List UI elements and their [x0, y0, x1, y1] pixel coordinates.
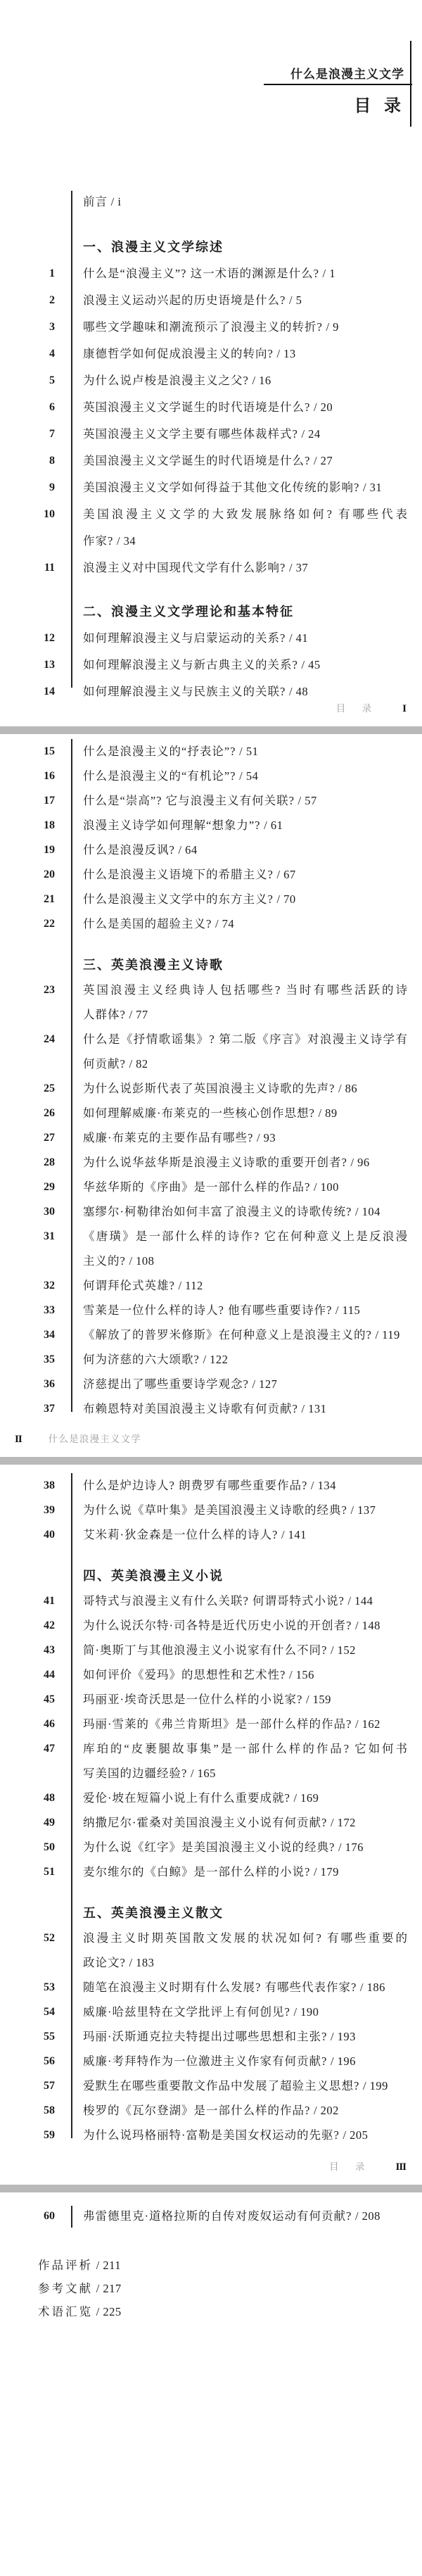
entry-number: 57: [0, 2073, 55, 2098]
entry-line: 哪些文学趣味和潮流预示了浪漫主义的转折? / 9: [83, 314, 408, 341]
entry-line: 济慈提出了哪些重要诗学观念? / 127: [83, 1372, 408, 1396]
toc-entry: 6英国浪漫主义文学诞生的时代语境是什么? / 20: [0, 394, 422, 421]
entry-number: 19: [0, 838, 55, 862]
entry-page-number: / 93: [253, 1131, 276, 1144]
entry-title-text: 哪些文学趣味和潮流预示了浪漫主义的转折?: [83, 320, 323, 334]
toc-page-4: 60弗雷德里克·道格拉斯的自传对废奴运动有何贡献? / 208作品评析 / 21…: [0, 2192, 422, 2576]
toc-entry: 23英国浪漫主义经典诗人包括哪些? 当时有哪些活跃的诗人群体? / 77: [0, 978, 422, 1027]
footer-folio: III: [395, 2161, 406, 2173]
entry-title-text: 什么是《抒情歌谣集》? 第二版《序言》对浪漫主义诗学有: [83, 1033, 408, 1046]
toc-entry: 36济慈提出了哪些重要诗学观念? / 127: [0, 1372, 422, 1396]
entry-number: 23: [0, 978, 55, 1002]
footer-label: 目 录: [329, 2159, 364, 2173]
entry-title-text: 浪漫主义对中国现代文学有什么影响?: [83, 561, 286, 574]
entry-text: 艾米莉·狄金森是一位什么样的诗人? / 141: [83, 1522, 408, 1547]
toc-entry: 21什么是浪漫主义文学中的东方主义? / 70: [0, 887, 422, 911]
entry-page-number: / 108: [126, 1254, 155, 1268]
entry-page-number: / 24: [298, 427, 321, 441]
entry-title-text: 何贡献?: [83, 1057, 126, 1071]
page-separator: [0, 2185, 422, 2192]
entry-number: 60: [0, 2204, 55, 2228]
entry-line: 如何理解威廉·布莱克的一些核心创作思想? / 89: [83, 1101, 408, 1125]
entry-line: 艾米莉·狄金森是一位什么样的诗人? / 141: [83, 1522, 408, 1547]
entry-text: 如何理解威廉·布莱克的一些核心创作思想? / 89: [83, 1101, 408, 1125]
toc-entry: 49纳撒尼尔·霍桑对美国浪漫主义小说有何贡献? / 172: [0, 1810, 422, 1835]
entry-page-number: / 127: [249, 1377, 278, 1391]
entry-page-number: / 199: [359, 2079, 388, 2092]
entry-text: 济慈提出了哪些重要诗学观念? / 127: [83, 1372, 408, 1396]
entry-line: 英国浪漫主义文学诞生的时代语境是什么? / 20: [83, 394, 408, 421]
entry-number: 2: [0, 287, 55, 314]
toc-entry-list: 15什么是浪漫主义的“抒表论”? / 5116什么是浪漫主义的“有机论”? / …: [0, 734, 422, 1421]
entry-number: 18: [0, 813, 55, 838]
toc-entry: 1什么是“浪漫主义”? 这一术语的渊源是什么? / 1: [0, 260, 422, 287]
entry-text: 为什么说卢梭是浪漫主义之父? / 16: [83, 367, 408, 394]
entry-text: 梭罗的《瓦尔登湖》是一部什么样的作品? / 202: [83, 2098, 408, 2123]
entry-number: 4: [0, 341, 55, 367]
toc-entry: 42为什么说沃尔特·司各特是近代历史小说的开创者? / 148: [0, 1613, 422, 1638]
entry-number: 34: [0, 1322, 55, 1347]
toc-entry: 24什么是《抒情歌谣集》? 第二版《序言》对浪漫主义诗学有何贡献? / 82: [0, 1027, 422, 1076]
toc-entry: 48爱伦·坡在短篇小说上有什么重要成就? / 169: [0, 1786, 422, 1810]
entry-page-number: / 112: [175, 1279, 203, 1292]
entry-line: 雪莱是一位什么样的诗人? 他有哪些重要诗作? / 115: [83, 1298, 408, 1322]
entry-line: 什么是浪漫主义语境下的希腊主义? / 67: [83, 862, 408, 887]
entry-number: 14: [0, 678, 55, 705]
entry-number: 49: [0, 1810, 55, 1835]
entry-text: 爱默生在哪些重要散文作品中发展了超验主义思想? / 199: [83, 2073, 408, 2098]
entry-title-text: 术语汇览: [38, 2305, 93, 2318]
toc-entry: 7英国浪漫主义文学主要有哪些体裁样式? / 24: [0, 421, 422, 448]
toc-entry: 19什么是浪漫反讽? / 64: [0, 838, 422, 862]
entry-number: 39: [0, 1498, 55, 1522]
entry-text: 何为济慈的六大颂歌? / 122: [83, 1347, 408, 1372]
entry-title-text: 美国浪漫主义文学如何得益于其他文化传统的影响?: [83, 481, 359, 494]
toc-entry: 33雪莱是一位什么样的诗人? 他有哪些重要诗作? / 115: [0, 1298, 422, 1322]
entry-text: 浪漫主义对中国现代文学有什么影响? / 37: [83, 555, 408, 581]
toc-entry: 46玛丽·雪莱的《弗兰肯斯坦》是一部什么样的作品? / 162: [0, 1712, 422, 1736]
entry-line: 什么是“浪漫主义”? 这一术语的渊源是什么? / 1: [83, 260, 408, 287]
entry-page-number: / 131: [298, 1402, 327, 1415]
entry-number: 9: [0, 474, 55, 501]
entry-title-text: 什么是浪漫主义语境下的希腊主义?: [83, 868, 274, 881]
entry-text: 为什么说华兹华斯是浪漫主义诗歌的重要开创者? / 96: [83, 1150, 408, 1175]
entry-text: 库珀的“皮裹腿故事集”是一部什么样的作品? 它如何书写美国的边疆经验? / 16…: [83, 1736, 408, 1786]
toc-entry: 5为什么说卢梭是浪漫主义之父? / 16: [0, 367, 422, 394]
entry-line: 什么是炉边诗人? 朗费罗有哪些重要作品? / 134: [83, 1473, 408, 1498]
entry-title-text: 纳撒尼尔·霍桑对美国浪漫主义小说有何贡献?: [83, 1816, 327, 1829]
entry-text: 什么是《抒情歌谣集》? 第二版《序言》对浪漫主义诗学有何贡献? / 82: [83, 1027, 408, 1076]
entry-text: 前言 / i: [83, 189, 408, 215]
entry-text: 麦尔维尔的《白鲸》是一部什么样的小说? / 179: [83, 1860, 408, 1884]
entry-title-text: 何谓拜伦式英雄?: [83, 1279, 175, 1292]
entry-title-text: 浪漫主义运动兴起的历史语境是什么?: [83, 293, 286, 307]
entry-title-text: 为什么说华兹华斯是浪漫主义诗歌的重要开创者?: [83, 1156, 347, 1169]
entry-page-number: / 156: [286, 1668, 314, 1681]
entry-page-number: / 16: [249, 374, 271, 387]
entry-line: 玛丽·雪莱的《弗兰肯斯坦》是一部什么样的作品? / 162: [83, 1712, 408, 1736]
entry-line: 美国浪漫主义文学如何得益于其他文化传统的影响? / 31: [83, 474, 408, 501]
toc-entry: 40艾米莉·狄金森是一位什么样的诗人? / 141: [0, 1522, 422, 1547]
entry-title-text: 浪漫主义诗学如何理解“想象力”?: [83, 819, 260, 832]
entry-line: 作品评析 / 211: [38, 2253, 422, 2278]
toc-entry: 37布赖恩特对美国浪漫主义诗歌有何贡献? / 131: [0, 1396, 422, 1421]
toc-entry: 59为什么说玛格丽特·富勒是美国女权运动的先驱? / 205: [0, 2123, 422, 2147]
toc-entry: 35何为济慈的六大颂歌? / 122: [0, 1347, 422, 1372]
toc-entry: 45玛丽亚·埃奇沃思是一位什么样的小说家? / 159: [0, 1687, 422, 1712]
entry-text: 康德哲学如何促成浪漫主义的转向? / 13: [83, 341, 408, 367]
entry-page-number: / 89: [315, 1106, 338, 1120]
toc-entry: 34《解放了的普罗米修斯》在何种意义上是浪漫主义的? / 119: [0, 1322, 422, 1347]
entry-text: 玛丽·沃斯通克拉夫特提出过哪些思想和主张? / 193: [83, 2024, 408, 2049]
entry-line: 什么是浪漫主义文学中的东方主义? / 70: [83, 887, 408, 911]
entry-title-text: 什么是炉边诗人? 朗费罗有哪些重要作品?: [83, 1479, 307, 1492]
entry-number: 24: [0, 1027, 55, 1052]
footer-folio: II: [15, 1434, 22, 1446]
entry-number: 28: [0, 1150, 55, 1175]
entry-number: 17: [0, 788, 55, 813]
entry-page-number: / 82: [126, 1057, 148, 1071]
entry-line: 何谓拜伦式英雄? / 112: [83, 1273, 408, 1298]
entry-number: 35: [0, 1347, 55, 1372]
entry-page-number: / 208: [352, 2209, 381, 2223]
section-heading: 三、英美浪漫主义诗歌: [0, 953, 422, 978]
entry-number: 5: [0, 367, 55, 394]
page-footer: II 什么是浪漫主义文学: [15, 1431, 141, 1446]
toc-entry: 16什么是浪漫主义的“有机论”? / 54: [0, 764, 422, 788]
entry-title-text: 玛丽·沃斯通克拉夫特提出过哪些思想和主张?: [83, 2030, 327, 2043]
entry-title-text: 英国浪漫主义文学主要有哪些体裁样式?: [83, 427, 298, 441]
entry-page-number: / 48: [286, 685, 308, 698]
toc-entry: 2浪漫主义运动兴起的历史语境是什么? / 5: [0, 287, 422, 314]
entry-page-number: / 190: [290, 2005, 319, 2019]
entry-number: 32: [0, 1273, 55, 1298]
entry-page-number: / 37: [286, 561, 308, 574]
entry-line: 政论文? / 183: [83, 1950, 408, 1975]
toc-entry: 9美国浪漫主义文学如何得益于其他文化传统的影响? / 31: [0, 474, 422, 501]
entry-title-text: 爱伦·坡在短篇小说上有什么重要成就?: [83, 1791, 290, 1805]
entry-page-number: / 225: [93, 2305, 122, 2318]
entry-page-number: / 31: [359, 481, 382, 494]
entry-text: 什么是炉边诗人? 朗费罗有哪些重要作品? / 134: [83, 1473, 408, 1498]
entry-line: 美国浪漫主义文学的大致发展脉络如何? 有哪些代表: [83, 501, 408, 528]
entry-title-text: 作品评析: [38, 2259, 93, 2272]
entry-page-number: / 169: [290, 1791, 319, 1805]
entry-line: 为什么说卢梭是浪漫主义之父? / 16: [83, 367, 408, 394]
entry-line: 为什么说彭斯代表了英国浪漫主义诗歌的先声? / 86: [83, 1076, 408, 1101]
entry-line: 主义的? / 108: [83, 1249, 408, 1273]
entry-line: 哥特式与浪漫主义有什么关联? 何谓哥特式小说? / 144: [83, 1589, 408, 1613]
entry-page-number: / 77: [126, 1008, 148, 1021]
entry-text: 威廉·考拜特作为一位激进主义作家有何贡献? / 196: [83, 2049, 408, 2073]
entry-page-number: / 5: [286, 293, 302, 307]
entry-text: 如何评价《爱玛》的思想性和艺术性? / 156: [83, 1662, 408, 1687]
section-heading: 二、浪漫主义文学理论和基本特征: [0, 598, 422, 625]
toc-entry: 47库珀的“皮裹腿故事集”是一部什么样的作品? 它如何书写美国的边疆经验? / …: [0, 1736, 422, 1786]
entry-title-text: 什么是浪漫反讽?: [83, 843, 175, 857]
entry-page-number: / 41: [286, 631, 308, 645]
entry-text: 参考文献 / 217: [38, 2276, 422, 2301]
page-footer: 目 录 I: [336, 700, 406, 715]
entry-title-text: 随笔在浪漫主义时期有什么发展? 有哪些代表作家?: [83, 1981, 357, 1994]
footer-label: 什么是浪漫主义文学: [49, 1431, 141, 1445]
entry-page-number: / 183: [126, 1956, 155, 1969]
entry-line: 英国浪漫主义经典诗人包括哪些? 当时有哪些活跃的诗: [83, 978, 408, 1002]
entry-number: 21: [0, 887, 55, 911]
entry-number: 37: [0, 1396, 55, 1421]
entry-title-text: 济慈提出了哪些重要诗学观念?: [83, 1377, 249, 1391]
entry-title-text: 英国浪漫主义经典诗人包括哪些? 当时有哪些活跃的诗: [83, 983, 408, 997]
entry-title-text: 美国浪漫主义文学的大致发展脉络如何? 有哪些代表: [83, 507, 408, 521]
toc-entry-list: 前言 / i一、浪漫主义文学综述1什么是“浪漫主义”? 这一术语的渊源是什么? …: [0, 0, 422, 705]
entry-page-number: / 34: [113, 534, 136, 548]
toc-entry: 3哪些文学趣味和潮流预示了浪漫主义的转折? / 9: [0, 314, 422, 341]
entry-line: 布赖恩特对美国浪漫主义诗歌有何贡献? / 131: [83, 1396, 408, 1421]
toc-page-2: 15什么是浪漫主义的“抒表论”? / 5116什么是浪漫主义的“有机论”? / …: [0, 734, 422, 1457]
toc-entry: 28为什么说华兹华斯是浪漫主义诗歌的重要开创者? / 96: [0, 1150, 422, 1175]
entry-title-text: 政论文?: [83, 1956, 126, 1969]
entry-text: 为什么说彭斯代表了英国浪漫主义诗歌的先声? / 86: [83, 1076, 408, 1101]
entry-page-number: / 134: [307, 1479, 336, 1492]
entry-page-number: / i: [108, 195, 121, 208]
entry-page-number: / 1: [319, 267, 335, 280]
entry-text: 哥特式与浪漫主义有什么关联? 何谓哥特式小说? / 144: [83, 1589, 408, 1613]
entry-number: 33: [0, 1298, 55, 1322]
entry-page-number: / 70: [274, 892, 296, 906]
entry-number: 47: [0, 1736, 55, 1761]
entry-page-number: / 13: [274, 347, 296, 360]
toc-entry: 52浪漫主义时期英国散文发展的状况如何? 有哪些重要的政论文? / 183: [0, 1926, 422, 1975]
entry-title-text: 为什么说卢梭是浪漫主义之父?: [83, 374, 249, 387]
entry-text: 为什么说《草叶集》是美国浪漫主义诗歌的经典? / 137: [83, 1498, 408, 1522]
entry-title-text: 《唐璜》是一部什么样的诗作? 它在何种意义上是反浪漫: [83, 1230, 408, 1243]
entry-line: 简·奥斯丁与其他浪漫主义小说家有什么不同? / 152: [83, 1638, 408, 1662]
entry-page-number: / 162: [352, 1717, 381, 1731]
entry-text: 雪莱是一位什么样的诗人? 他有哪些重要诗作? / 115: [83, 1298, 408, 1322]
entry-line: 为什么说《草叶集》是美国浪漫主义诗歌的经典? / 137: [83, 1498, 408, 1522]
entry-number: 30: [0, 1199, 55, 1224]
entry-title-text: 玛丽亚·埃奇沃思是一位什么样的小说家?: [83, 1693, 302, 1706]
entry-page-number: / 186: [357, 1981, 385, 1994]
toc-document: { "header": { "book_title": "什么是浪漫主义文学",…: [0, 0, 422, 2576]
entry-page-number: / 64: [175, 843, 198, 857]
entry-page-number: / 172: [327, 1816, 356, 1829]
toc-entry: 43简·奥斯丁与其他浪漫主义小说家有什么不同? / 152: [0, 1638, 422, 1662]
entry-text: 如何理解浪漫主义与新古典主义的关系? / 45: [83, 652, 408, 678]
entry-text: 威廉·布莱克的主要作品有哪些? / 93: [83, 1125, 408, 1150]
entry-text: 布赖恩特对美国浪漫主义诗歌有何贡献? / 131: [83, 1396, 408, 1421]
entry-number: 15: [0, 739, 55, 764]
entry-line: 前言 / i: [83, 189, 408, 215]
entry-page-number: / 86: [335, 1082, 357, 1095]
toc-entry: 44如何评价《爱玛》的思想性和艺术性? / 156: [0, 1662, 422, 1687]
entry-page-number: / 9: [323, 320, 339, 334]
entry-page-number: / 57: [295, 794, 317, 807]
entry-text: 《唐璜》是一部什么样的诗作? 它在何种意义上是反浪漫主义的? / 108: [83, 1224, 408, 1273]
entry-text: 浪漫主义时期英国散文发展的状况如何? 有哪些重要的政论文? / 183: [83, 1926, 408, 1975]
entry-title-text: 作家?: [83, 534, 113, 548]
entry-number: 22: [0, 911, 55, 936]
entry-line: 为什么说华兹华斯是浪漫主义诗歌的重要开创者? / 96: [83, 1150, 408, 1175]
entry-page-number: / 205: [340, 2128, 369, 2142]
toc-entry: 30塞缪尔·柯勒律治如何丰富了浪漫主义的诗歌传统? / 104: [0, 1199, 422, 1224]
entry-line: 爱伦·坡在短篇小说上有什么重要成就? / 169: [83, 1786, 408, 1810]
entry-line: 英国浪漫主义文学主要有哪些体裁样式? / 24: [83, 421, 408, 448]
entry-line: 为什么说玛格丽特·富勒是美国女权运动的先驱? / 205: [83, 2123, 408, 2147]
entry-number: 52: [0, 1926, 55, 1950]
entry-line: 爱默生在哪些重要散文作品中发展了超验主义思想? / 199: [83, 2073, 408, 2098]
entry-title-text: 什么是美国的超验主义?: [83, 917, 212, 930]
entry-text: 为什么说沃尔特·司各特是近代历史小说的开创者? / 148: [83, 1613, 408, 1638]
entry-title-text: 为什么说彭斯代表了英国浪漫主义诗歌的先声?: [83, 1082, 335, 1095]
entry-page-number: / 159: [302, 1693, 331, 1706]
entry-line: 威廉·考拜特作为一位激进主义作家有何贡献? / 196: [83, 2049, 408, 2073]
entry-text: 什么是浪漫主义的“有机论”? / 54: [83, 764, 408, 788]
entry-page-number: / 144: [345, 1594, 373, 1608]
section-heading: 一、浪漫主义文学综述: [0, 234, 422, 260]
entry-page-number: / 119: [372, 1328, 400, 1341]
entry-number: 26: [0, 1101, 55, 1125]
entry-line: 为什么说《红字》是美国浪漫主义小说的经典? / 176: [83, 1835, 408, 1860]
entry-text: 什么是“崇高”? 它与浪漫主义有何关联? / 57: [83, 788, 408, 813]
entry-line: 写美国的边疆经验? / 165: [83, 1761, 408, 1786]
entry-line: 什么是浪漫主义的“有机论”? / 54: [83, 764, 408, 788]
entry-page-number: / 217: [93, 2282, 122, 2295]
entry-title-text: 什么是“崇高”? 它与浪漫主义有何关联?: [83, 794, 295, 807]
entry-line: 浪漫主义时期英国散文发展的状况如何? 有哪些重要的: [83, 1926, 408, 1950]
entry-line: 如何评价《爱玛》的思想性和艺术性? / 156: [83, 1662, 408, 1687]
entry-page-number: / 165: [187, 1767, 216, 1780]
entry-page-number: / 196: [327, 2054, 356, 2068]
toc-entry: 51麦尔维尔的《白鲸》是一部什么样的小说? / 179: [0, 1860, 422, 1884]
toc-entry: 12如何理解浪漫主义与启蒙运动的关系? / 41: [0, 625, 422, 652]
toc-entry: 15什么是浪漫主义的“抒表论”? / 51: [0, 739, 422, 764]
entry-line: 库珀的“皮裹腿故事集”是一部什么样的作品? 它如何书: [83, 1736, 408, 1761]
entry-text: 术语汇览 / 225: [38, 2299, 422, 2324]
entry-text: 何谓拜伦式英雄? / 112: [83, 1273, 408, 1298]
footer-folio: I: [402, 703, 406, 715]
toc-entry: 56威廉·考拜特作为一位激进主义作家有何贡献? / 196: [0, 2049, 422, 2073]
entry-title-text: 《解放了的普罗米修斯》在何种意义上是浪漫主义的?: [83, 1328, 372, 1341]
entry-line: 浪漫主义运动兴起的历史语境是什么? / 5: [83, 287, 408, 314]
entry-title-text: 梭罗的《瓦尔登湖》是一部什么样的作品?: [83, 2104, 310, 2117]
entry-line: 华兹华斯的《序曲》是一部什么样的作品? / 100: [83, 1175, 408, 1199]
entry-line: 《唐璜》是一部什么样的诗作? 它在何种意义上是反浪漫: [83, 1224, 408, 1249]
entry-number: 53: [0, 1975, 55, 2000]
entry-line: 麦尔维尔的《白鲸》是一部什么样的小说? / 179: [83, 1860, 408, 1884]
entry-title-text: 麦尔维尔的《白鲸》是一部什么样的小说?: [83, 1865, 310, 1879]
entry-number: 13: [0, 652, 55, 678]
entry-title-text: 什么是浪漫主义的“抒表论”?: [83, 745, 236, 758]
entry-line: 弗雷德里克·道格拉斯的自传对废奴运动有何贡献? / 208: [83, 2204, 408, 2228]
entry-number: 58: [0, 2098, 55, 2123]
entry-text: 英国浪漫主义经典诗人包括哪些? 当时有哪些活跃的诗人群体? / 77: [83, 978, 408, 1027]
entry-title-text: 参考文献: [38, 2282, 93, 2295]
entry-text: 美国浪漫主义文学诞生的时代语境是什么? / 27: [83, 448, 408, 474]
entry-text: 什么是浪漫主义语境下的希腊主义? / 67: [83, 862, 408, 887]
page-separator: [0, 1457, 422, 1465]
entry-title-text: 如何理解威廉·布莱克的一些核心创作思想?: [83, 1106, 315, 1120]
entry-title-text: 布赖恩特对美国浪漫主义诗歌有何贡献?: [83, 1402, 298, 1415]
toc-entry: 22什么是美国的超验主义? / 74: [0, 911, 422, 936]
entry-text: 浪漫主义诗学如何理解“想象力”? / 61: [83, 813, 408, 838]
entry-title-text: 为什么说沃尔特·司各特是近代历史小说的开创者?: [83, 1619, 352, 1632]
entry-line: 什么是“崇高”? 它与浪漫主义有何关联? / 57: [83, 788, 408, 813]
entry-number: 38: [0, 1473, 55, 1498]
entry-page-number: / 211: [93, 2259, 121, 2272]
entry-text: 英国浪漫主义文学主要有哪些体裁样式? / 24: [83, 421, 408, 448]
entry-text: 哪些文学趣味和潮流预示了浪漫主义的转折? / 9: [83, 314, 408, 341]
toc-entry: 29华兹华斯的《序曲》是一部什么样的作品? / 100: [0, 1175, 422, 1199]
toc-entry: 8美国浪漫主义文学诞生的时代语境是什么? / 27: [0, 448, 422, 474]
entry-text: 华兹华斯的《序曲》是一部什么样的作品? / 100: [83, 1175, 408, 1199]
entry-text: 威廉·哈兹里特在文学批评上有何创见? / 190: [83, 2000, 408, 2024]
entry-line: 纳撒尼尔·霍桑对美国浪漫主义小说有何贡献? / 172: [83, 1810, 408, 1835]
entry-page-number: / 152: [327, 1643, 356, 1657]
toc-entry: 54威廉·哈兹里特在文学批评上有何创见? / 190: [0, 2000, 422, 2024]
entry-number: 42: [0, 1613, 55, 1638]
entry-line: 《解放了的普罗米修斯》在何种意义上是浪漫主义的? / 119: [83, 1322, 408, 1347]
toc-entry: 41哥特式与浪漫主义有什么关联? 何谓哥特式小说? / 144: [0, 1589, 422, 1613]
toc-page-3: 38什么是炉边诗人? 朗费罗有哪些重要作品? / 13439为什么说《草叶集》是…: [0, 1465, 422, 2185]
entry-line: 什么是美国的超验主义? / 74: [83, 911, 408, 936]
entry-title-text: 弗雷德里克·道格拉斯的自传对废奴运动有何贡献?: [83, 2209, 352, 2223]
toc-entry: 55玛丽·沃斯通克拉夫特提出过哪些思想和主张? / 193: [0, 2024, 422, 2049]
entry-number: 44: [0, 1662, 55, 1687]
entry-page-number: / 115: [332, 1303, 360, 1317]
entry-page-number: / 137: [347, 1503, 376, 1517]
entry-text: 玛丽·雪莱的《弗兰肯斯坦》是一部什么样的作品? / 162: [83, 1712, 408, 1736]
entry-line: 作家? / 34: [83, 528, 408, 555]
entry-title-text: 主义的?: [83, 1254, 126, 1268]
entry-text: 英国浪漫主义文学诞生的时代语境是什么? / 20: [83, 394, 408, 421]
entry-text: 为什么说玛格丽特·富勒是美国女权运动的先驱? / 205: [83, 2123, 408, 2147]
entry-text: 随笔在浪漫主义时期有什么发展? 有哪些代表作家? / 186: [83, 1975, 408, 2000]
entry-page-number: / 122: [200, 1353, 229, 1366]
entry-title-text: 如何理解浪漫主义与新古典主义的关系?: [83, 658, 298, 671]
toc-entry: 31《唐璜》是一部什么样的诗作? 它在何种意义上是反浪漫主义的? / 108: [0, 1224, 422, 1273]
entry-line: 浪漫主义诗学如何理解“想象力”? / 61: [83, 813, 408, 838]
page-footer: 目 录 III: [329, 2159, 406, 2173]
entry-number: 46: [0, 1712, 55, 1736]
toc-entry: 60弗雷德里克·道格拉斯的自传对废奴运动有何贡献? / 208: [0, 2204, 422, 2228]
entry-text: 如何理解浪漫主义与启蒙运动的关系? / 41: [83, 625, 408, 652]
entry-number: [0, 189, 55, 215]
entry-title-text: 如何理解浪漫主义与启蒙运动的关系?: [83, 631, 286, 645]
entry-number: 25: [0, 1076, 55, 1101]
entry-text: 纳撒尼尔·霍桑对美国浪漫主义小说有何贡献? / 172: [83, 1810, 408, 1835]
front-matter-entry: 前言 / i: [0, 189, 422, 215]
entry-text: 什么是浪漫反讽? / 64: [83, 838, 408, 862]
section-heading: 四、英美浪漫主义小说: [0, 1564, 422, 1589]
toc-entry: 32何谓拜伦式英雄? / 112: [0, 1273, 422, 1298]
entry-number: 40: [0, 1522, 55, 1547]
entry-number: 20: [0, 862, 55, 887]
entry-line: 如何理解浪漫主义与新古典主义的关系? / 45: [83, 652, 408, 678]
entry-title-text: 为什么说《草叶集》是美国浪漫主义诗歌的经典?: [83, 1503, 347, 1517]
entry-line: 什么是浪漫反讽? / 64: [83, 838, 408, 862]
entry-number: 51: [0, 1860, 55, 1884]
toc-entry: 50为什么说《红字》是美国浪漫主义小说的经典? / 176: [0, 1835, 422, 1860]
entry-title-text: 什么是浪漫主义的“有机论”?: [83, 769, 236, 783]
entry-text: 简·奥斯丁与其他浪漫主义小说家有什么不同? / 152: [83, 1638, 408, 1662]
toc-entry: 4康德哲学如何促成浪漫主义的转向? / 13: [0, 341, 422, 367]
entry-text: 塞缪尔·柯勒律治如何丰富了浪漫主义的诗歌传统? / 104: [83, 1199, 408, 1224]
entry-page-number: / 67: [274, 868, 296, 881]
entry-number: 7: [0, 421, 55, 448]
entry-line: 何贡献? / 82: [83, 1052, 408, 1076]
entry-page-number: / 141: [278, 1528, 307, 1541]
